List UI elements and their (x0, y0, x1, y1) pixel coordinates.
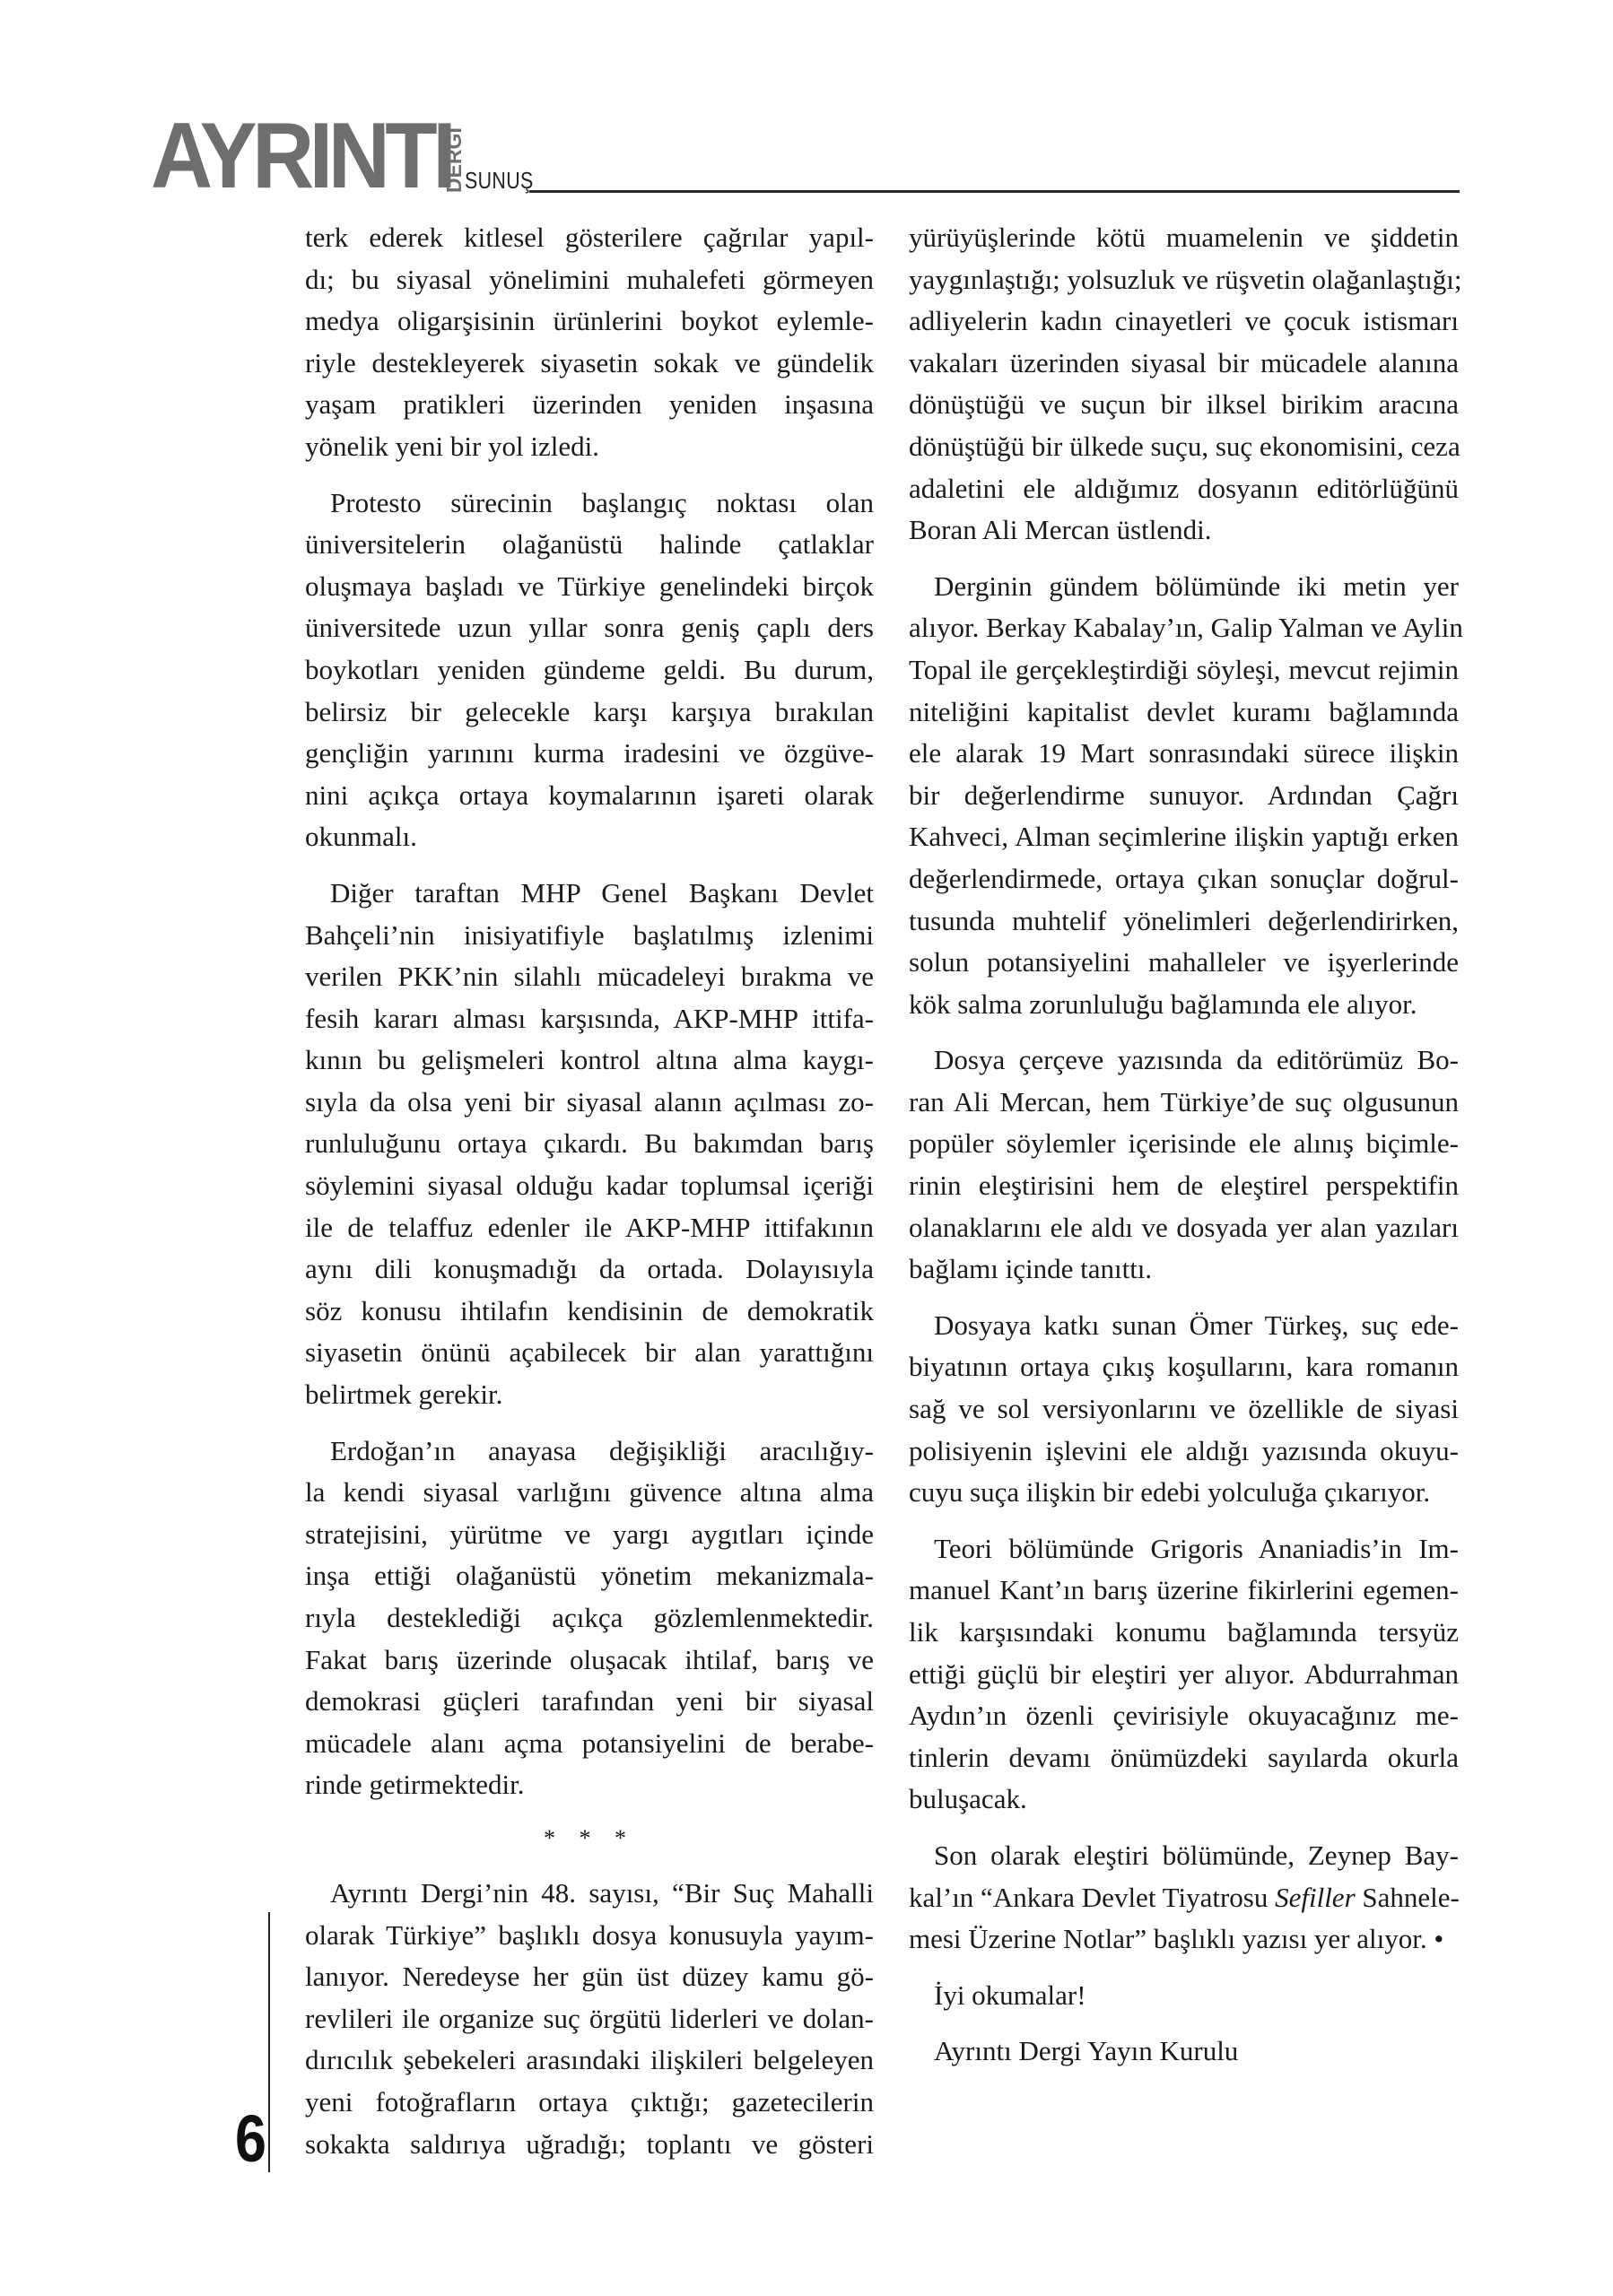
text-line: mesi Üzerine Notlar” başlıklı yazısı yer… (909, 1918, 1459, 1961)
section-title: SUNUŞ (465, 168, 534, 193)
text-line: Dosya çerçeve yazısında da editörümüz Bo… (909, 1039, 1459, 1082)
text-line: gençliğin yarınını kurma iradesini ve öz… (305, 733, 874, 775)
text-line: Diğer taraftan MHP Genel Başkanı Devlet (305, 873, 874, 915)
text-line: alıyor. Berkay Kabalay’ın, Galip Yalman … (909, 607, 1459, 649)
text-fragment: kal’ın “Ankara Devlet Tiyatrosu (909, 1882, 1275, 1913)
text-line: İyi okumalar! (909, 1975, 1459, 2017)
text-line: boykotları yeniden gündeme geldi. Bu dur… (305, 649, 874, 691)
text-line: vakaları üzerinden siyasal bir mücadele … (909, 343, 1459, 385)
text-line: adaletini ele aldığımız dosyanın editörl… (909, 468, 1459, 510)
text-line: dönüştüğü ve suçun bir ilksel birikim ar… (909, 384, 1459, 426)
text-line: Fakat barış üzerinde oluşacak ihtilaf, b… (305, 1639, 874, 1682)
text-line: kının bu gelişmeleri kontrol altına alma… (305, 1039, 874, 1082)
text-line: rinde getirmektedir. (305, 1764, 874, 1806)
paragraph: yürüyüşlerinde kötü muamelenin ve şiddet… (909, 217, 1459, 552)
text-line: rinin eleştirisini hem de eleştirel pers… (909, 1165, 1459, 1207)
text-line: medya oligarşisinin ürünlerini boykot ey… (305, 300, 874, 343)
text-line: adliyelerin kadın cinayetleri ve çocuk i… (909, 300, 1459, 343)
text-line: değerlendirmede, ortaya çıkan sonuçlar d… (909, 858, 1459, 900)
text-line: yürüyüşlerinde kötü muamelenin ve şiddet… (909, 217, 1459, 259)
text-line: belirsiz bir gelecekle karşı karşıya bır… (305, 691, 874, 734)
logo-subtitle-text: DERGİ (445, 127, 463, 193)
text-line: verilen PKK’nin silahlı mücadeleyi bırak… (305, 956, 874, 998)
text-line: lik karşısındaki konumu bağlamında tersy… (909, 1612, 1459, 1654)
text-line: manuel Kant’ın barış üzerine fikirlerini… (909, 1570, 1459, 1612)
text-line: bir değerlendirme sunuyor. Ardından Çağr… (909, 775, 1459, 817)
text-line: yaygınlaştığı; yolsuzluk ve rüşvetin ola… (909, 259, 1459, 301)
text-line: yeni fotoğrafların ortaya çıktığı; gazet… (305, 2082, 874, 2124)
signature: Ayrıntı Dergi Yayın Kurulu (909, 2031, 1459, 2073)
left-column: terk ederek kitlesel gösterilere çağrıla… (305, 217, 874, 2179)
text-line: stratejisini, yürütme ve yargı aygıtları… (305, 1514, 874, 1556)
text-line: ettiği güçlü bir eleştiri yer alıyor. Ab… (909, 1654, 1459, 1696)
text-line: Aydın’ın özenli çevirisiyle okuyacağınız… (909, 1695, 1459, 1737)
text-line: aynı dili konuşmadığı da ortada. Dolayıs… (305, 1248, 874, 1291)
closing-line: İyi okumalar! (909, 1975, 1459, 2017)
paragraph: Erdoğan’ın anayasa değişikliği aracılığı… (305, 1431, 874, 1806)
text-line: kal’ın “Ankara Devlet Tiyatrosu Sefiller… (909, 1877, 1459, 1919)
paragraph: Ayrıntı Dergi’nin 48. sayısı, “Bir Suç M… (305, 1873, 874, 2165)
text-line: Teori bölümünde Grigoris Ananiadis’in Im… (909, 1528, 1459, 1570)
text-line: siyasetin önünü açabilecek bir alan yara… (305, 1332, 874, 1374)
text-line: Protesto sürecinin başlangıç noktası ola… (305, 483, 874, 525)
text-line: ran Ali Mercan, hem Türkiye’de suç olgus… (909, 1082, 1459, 1124)
text-line: buluşacak. (909, 1779, 1459, 1821)
text-line: revlileri ile organize suç örgütü liderl… (305, 1998, 874, 2040)
text-line: dönüştüğü bir ülkede suçu, suç ekonomisi… (909, 426, 1459, 468)
text-line: polisiyenin işlevini ele aldığı yazısınd… (909, 1431, 1459, 1473)
text-line: nini açıkça ortaya koymalarının işareti … (305, 775, 874, 817)
paragraph: Teori bölümünde Grigoris Ananiadis’in Im… (909, 1528, 1459, 1821)
header-rule (529, 190, 1460, 193)
text-line: runluluğunu ortaya çıkardı. Bu bakımdan … (305, 1123, 874, 1165)
magazine-page: AYRINTI DERGİ SUNUŞ terk ederek kitlesel… (0, 0, 1613, 2296)
text-line: demokrasi güçleri tarafından yeni bir si… (305, 1681, 874, 1723)
text-line: oluşmaya başladı ve Türkiye genelindeki … (305, 566, 874, 608)
text-line: fesih kararı alması karşısında, AKP-MHP … (305, 998, 874, 1040)
magazine-logo: AYRINTI (151, 118, 451, 194)
text-line: biyatının ortaya çıkış koşullarını, kara… (909, 1346, 1459, 1388)
page-number-rule (268, 1912, 270, 2172)
text-line: Erdoğan’ın anayasa değişikliği aracılığı… (305, 1431, 874, 1473)
text-line: niteliğini kapitalist devlet kuramı bağl… (909, 691, 1459, 734)
text-line: sıyla da olsa yeni bir siyasal alanın aç… (305, 1082, 874, 1124)
paragraph: Diğer taraftan MHP Genel Başkanı Devlet … (305, 873, 874, 1416)
text-line: dı; bu siyasal yönelimini muhalefeti gör… (305, 259, 874, 301)
paragraph: Protesto sürecinin başlangıç noktası ola… (305, 483, 874, 858)
paragraph: Son olarak eleştiri bölümünde, Zeynep Ba… (909, 1835, 1459, 1961)
text-line: üniversitede uzun yıllar sonra geniş çap… (305, 607, 874, 649)
text-line: solun potansiyelini mahalleler ve işyerl… (909, 942, 1459, 984)
text-line: sağ ve sol versiyonlarını ve özellikle d… (909, 1388, 1459, 1431)
text-line: lanıyor. Neredeyse her gün üst düzey kam… (305, 1956, 874, 1998)
text-line: dırıcılık şebekeleri arasındaki ilişkile… (305, 2039, 874, 2082)
text-line: tusunda muhtelif yönelimleri değerlendir… (909, 900, 1459, 943)
text-line: söylemini siyasal olduğu kadar toplumsal… (305, 1165, 874, 1207)
text-line: inşa ettiği olağanüstü yönetim mekanizma… (305, 1555, 874, 1597)
text-line: ile de telaffuz edenler ile AKP-MHP itti… (305, 1207, 874, 1249)
text-line: Boran Ali Mercan üstlendi. (909, 509, 1459, 552)
text-line: yaşam pratikleri üzerinden yeniden inşas… (305, 384, 874, 426)
text-line: okunmalı. (305, 816, 874, 858)
text-line: üniversitelerin olağanüstü halinde çatla… (305, 524, 874, 566)
section-separator: * * * (305, 1821, 874, 1857)
italic-title: Sefiller (1275, 1882, 1356, 1913)
text-line: Ayrıntı Dergi Yayın Kurulu (909, 2031, 1459, 2073)
paragraph: Dosyaya katkı sunan Ömer Türkeş, suç ede… (909, 1305, 1459, 1514)
text-line: olanaklarını ele aldı ve dosyada yer ala… (909, 1207, 1459, 1249)
text-line: riyle destekleyerek siyasetin sokak ve g… (305, 343, 874, 385)
text-line: Kahveci, Alman seçimlerine ilişkin yaptı… (909, 816, 1459, 858)
text-line: söz konusu ihtilafın kendisinin de demok… (305, 1291, 874, 1333)
text-line: yönelik yeni bir yol izledi. (305, 426, 874, 468)
text-line: sokakta saldırıya uğradığı; toplantı ve … (305, 2124, 874, 2166)
paragraph: Derginin gündem bölümünde iki metin yer … (909, 566, 1459, 1026)
text-line: kök salma zorunluluğu bağlamında ele alı… (909, 984, 1459, 1026)
text-line: belirtmek gerekir. (305, 1374, 874, 1416)
right-column: yürüyüşlerinde kötü muamelenin ve şiddet… (909, 217, 1459, 2087)
text-line: mücadele alanı açma potansiyelini de ber… (305, 1723, 874, 1765)
page-number: 6 (235, 2108, 266, 2170)
paragraph: terk ederek kitlesel gösterilere çağrıla… (305, 217, 874, 468)
text-line: Son olarak eleştiri bölümünde, Zeynep Ba… (909, 1835, 1459, 1877)
text-line: Topal ile gerçekleştirdiği söyleşi, mevc… (909, 649, 1459, 691)
text-line: popüler söylemler içerisinde ele alınış … (909, 1123, 1459, 1165)
text-line: la kendi siyasal varlığını güvence altın… (305, 1472, 874, 1514)
text-line: cuyu suça ilişkin bir edebi yolculuğa çı… (909, 1472, 1459, 1514)
text-line: Bahçeli’nin inisiyatifiyle başlatılmış i… (305, 915, 874, 957)
paragraph: Dosya çerçeve yazısında da editörümüz Bo… (909, 1039, 1459, 1291)
text-line: olarak Türkiye” başlıklı dosya konusuyla… (305, 1915, 874, 1957)
text-line: tinlerin devamı önümüzdeki sayılarda oku… (909, 1737, 1459, 1779)
text-line: bağlamı içinde tanıttı. (909, 1248, 1459, 1291)
text-line: ele alarak 19 Mart sonrasındaki sürece i… (909, 733, 1459, 775)
text-line: rıyla desteklediği açıkça gözlemlenmekte… (305, 1597, 874, 1639)
text-fragment: Sahnele- (1356, 1882, 1460, 1913)
text-line: Ayrıntı Dergi’nin 48. sayısı, “Bir Suç M… (305, 1873, 874, 1915)
text-line: Dosyaya katkı sunan Ömer Türkeş, suç ede… (909, 1305, 1459, 1347)
text-line: terk ederek kitlesel gösterilere çağrıla… (305, 217, 874, 259)
magazine-logo-subtitle: DERGİ (445, 123, 463, 193)
text-line: Derginin gündem bölümünde iki metin yer (909, 566, 1459, 608)
